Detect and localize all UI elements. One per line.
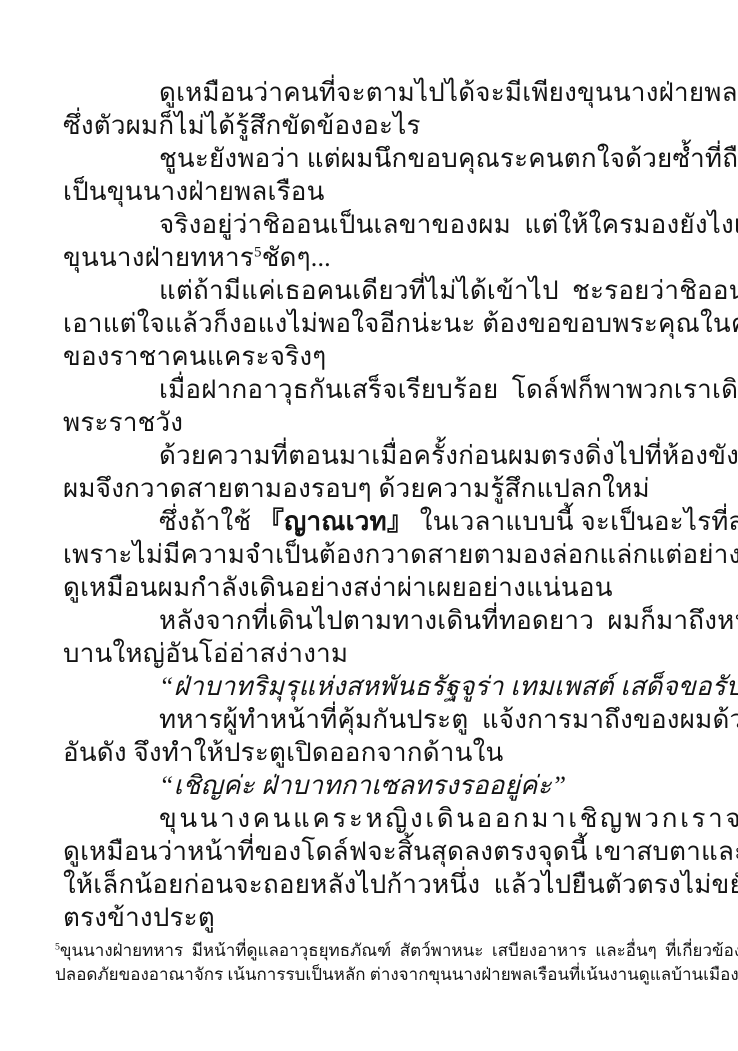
body-text: ดูเหมือนว่าคนที่จะตามไปได้จะมีเพียงขุนนา… xyxy=(63,76,681,934)
body-text-line: เมื่อฝากอาวุธกันเสร็จเรียบร้อย โดล์ฟก็พา… xyxy=(63,373,681,406)
text-segment: เอาแต่ใจแล้วก็งอแงไม่พอใจอีกน่ะนะ ต้องขอ… xyxy=(63,309,738,338)
text-segment: ทหารผู้ทำหน้าที่คุ้มกันประตู แจ้งการมาถึ… xyxy=(159,705,738,734)
text-segment: ด้วยความที่ตอนมาเมื่อครั้งก่อนผมตรงดิ่งไ… xyxy=(159,441,738,470)
body-text-line: อันดัง จึงทำให้ประตูเปิดออกจากด้านใน xyxy=(63,736,681,769)
body-text-line: ตรงข้างประตู xyxy=(63,901,681,934)
text-segment: แต่ถ้ามีแค่เธอคนเดียวที่ไม่ได้เข้าไป ชะร… xyxy=(159,276,738,305)
text-segment: 『ญาณเวท』 xyxy=(258,507,413,536)
footnote-marker: 5 xyxy=(254,244,262,260)
text-segment: “ฝ่าบาทริมุรุแห่งสหพันธรัฐจูร่า เทมเพสต์… xyxy=(159,672,738,701)
body-text-line: เป็นขุนนางฝ่ายพลเรือน xyxy=(63,175,681,208)
dialogue-line: “เชิญค่ะ ฝ่าบาทกาเซลทรงรออยู่ค่ะ” xyxy=(63,769,681,802)
text-segment: ขุนนางฝ่ายทหาร xyxy=(63,243,254,272)
body-text-line: พระราชวัง xyxy=(63,406,681,439)
footnote-line: 5ขุนนางฝ่ายทหาร มีหน้าที่ดูแลอาวุธยุทธภั… xyxy=(55,939,681,963)
body-text-line: ของราชาคนแคระจริงๆ xyxy=(63,340,681,373)
footnote-line: ปลอดภัยของอาณาจักร เน้นการรบเป็นหลัก ต่า… xyxy=(55,963,681,987)
text-segment: “เชิญค่ะ ฝ่าบาทกาเซลทรงรออยู่ค่ะ” xyxy=(159,771,566,800)
body-text-line: เพราะไม่มีความจำเป็นต้องกวาดสายตามองล่อก… xyxy=(63,538,681,571)
dialogue-line: “ฝ่าบาทริมุรุแห่งสหพันธรัฐจูร่า เทมเพสต์… xyxy=(63,670,681,703)
text-segment: ดูเหมือนว่าคนที่จะตามไปได้จะมีเพียงขุนนา… xyxy=(159,78,738,107)
text-segment: ปลอดภัยของอาณาจักร เน้นการรบเป็นหลัก ต่า… xyxy=(55,965,738,984)
body-text-line: ซึ่งถ้าใช้ 『ญาณเวท』 ในเวลาแบบนี้ จะเป็นอ… xyxy=(63,505,681,538)
footnote: 5ขุนนางฝ่ายทหาร มีหน้าที่ดูแลอาวุธยุทธภั… xyxy=(55,939,681,987)
text-segment: อันดัง จึงทำให้ประตูเปิดออกจากด้านใน xyxy=(63,738,503,767)
body-text-line: ดูเหมือนผมกำลังเดินอย่างสง่าผ่าเผยอย่างแ… xyxy=(63,571,681,604)
body-text-line: ขุนนางคนแคระหญิงเดินออกมาเชิญพวกเราจากด้… xyxy=(63,802,681,835)
text-segment: เมื่อฝากอาวุธกันเสร็จเรียบร้อย โดล์ฟก็พา… xyxy=(159,375,738,404)
body-text-line: ดูเหมือนว่าคนที่จะตามไปได้จะมีเพียงขุนนา… xyxy=(63,76,681,109)
text-segment: ซึ่งถ้าใช้ xyxy=(159,507,258,536)
text-segment: จริงอยู่ว่าชิออนเป็นเลขาของผม แต่ให้ใครม… xyxy=(159,210,738,239)
text-segment: ซึ่งตัวผมก็ไม่ได้รู้สึกขัดข้องอะไร xyxy=(63,111,421,140)
body-text-line: ดูเหมือนว่าหน้าที่ของโดล์ฟจะสิ้นสุดลงตรง… xyxy=(63,835,681,868)
text-segment: ผมจึงกวาดสายตามองรอบๆ ด้วยความรู้สึกแปลก… xyxy=(63,474,650,503)
document-page: ดูเหมือนว่าคนที่จะตามไปได้จะมีเพียงขุนนา… xyxy=(0,0,738,1051)
text-segment: ชูนะยังพอว่า แต่ผมนึกขอบคุณระคนตกใจด้วยซ… xyxy=(159,144,738,173)
text-segment: ชัดๆ... xyxy=(262,243,331,272)
body-text-line: ผมจึงกวาดสายตามองรอบๆ ด้วยความรู้สึกแปลก… xyxy=(63,472,681,505)
text-segment: ตรงข้างประตู xyxy=(63,903,215,932)
text-segment: ดูเหมือนว่าหน้าที่ของโดล์ฟจะสิ้นสุดลงตรง… xyxy=(63,837,738,866)
text-segment: ดูเหมือนผมกำลังเดินอย่างสง่าผ่าเผยอย่างแ… xyxy=(63,573,613,602)
text-segment: เป็นขุนนางฝ่ายพลเรือน xyxy=(63,177,325,206)
text-segment: หลังจากที่เดินไปตามทางเดินที่ทอดยาว ผมก็… xyxy=(159,606,738,635)
text-segment: ในเวลาแบบนี้ จะเป็นอะไรที่สะดวกมาก xyxy=(413,507,738,536)
text-segment: ขุนนางฝ่ายทหาร มีหน้าที่ดูแลอาวุธยุทธภัณ… xyxy=(60,941,738,960)
body-text-line: ด้วยความที่ตอนมาเมื่อครั้งก่อนผมตรงดิ่งไ… xyxy=(63,439,681,472)
body-text-line: ซึ่งตัวผมก็ไม่ได้รู้สึกขัดข้องอะไร xyxy=(63,109,681,142)
body-text-line: เอาแต่ใจแล้วก็งอแงไม่พอใจอีกน่ะนะ ต้องขอ… xyxy=(63,307,681,340)
text-segment: เพราะไม่มีความจำเป็นต้องกวาดสายตามองล่อก… xyxy=(63,540,738,569)
body-text-line: จริงอยู่ว่าชิออนเป็นเลขาของผม แต่ให้ใครม… xyxy=(63,208,681,241)
body-text-line: แต่ถ้ามีแค่เธอคนเดียวที่ไม่ได้เข้าไป ชะร… xyxy=(63,274,681,307)
text-segment: ให้เล็กน้อยก่อนจะถอยหลังไปก้าวหนึ่ง แล้ว… xyxy=(63,870,738,899)
body-text-line: ให้เล็กน้อยก่อนจะถอยหลังไปก้าวหนึ่ง แล้ว… xyxy=(63,868,681,901)
text-segment: บานใหญ่อันโอ่อ่าสง่างาม xyxy=(63,639,348,668)
text-segment: ขุนนางคนแคระหญิงเดินออกมาเชิญพวกเราจากด้… xyxy=(159,804,738,833)
body-text-line: ทหารผู้ทำหน้าที่คุ้มกันประตู แจ้งการมาถึ… xyxy=(63,703,681,736)
body-text-line: หลังจากที่เดินไปตามทางเดินที่ทอดยาว ผมก็… xyxy=(63,604,681,637)
body-text-line: ชูนะยังพอว่า แต่ผมนึกขอบคุณระคนตกใจด้วยซ… xyxy=(63,142,681,175)
text-segment: ของราชาคนแคระจริงๆ xyxy=(63,342,326,371)
body-text-line: ขุนนางฝ่ายทหาร5ชัดๆ... xyxy=(63,241,681,274)
text-segment: พระราชวัง xyxy=(63,408,183,437)
body-text-line: บานใหญ่อันโอ่อ่าสง่างาม xyxy=(63,637,681,670)
